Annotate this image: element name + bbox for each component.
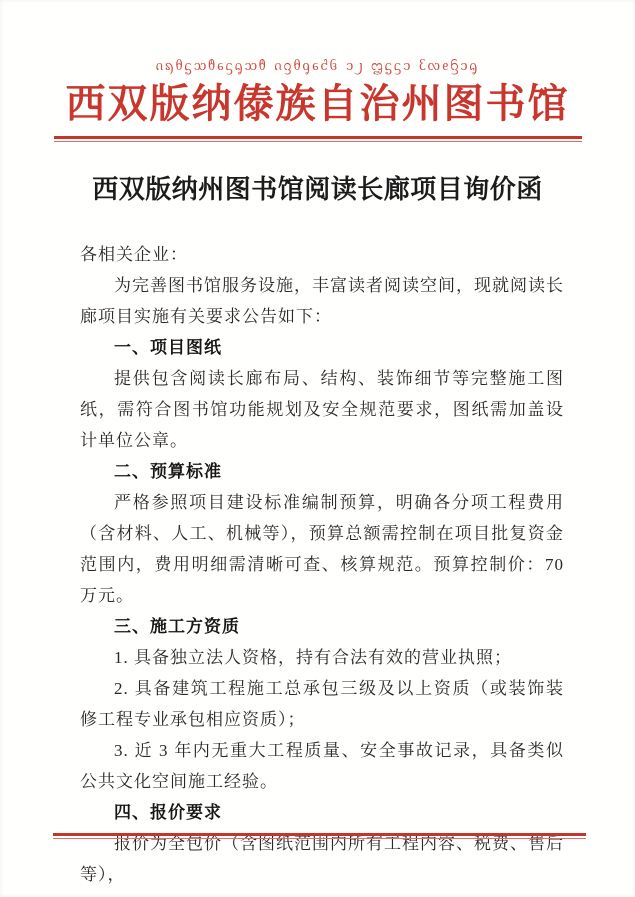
section-paragraph: 严格参照项目建设标准编制预算，明确各分项工程费用（含材料、人工、机械等），预算总… — [80, 487, 564, 611]
footer-rule — [53, 833, 586, 839]
section-quotation-requirements: 四、报价要求 报价为全包价（含图纸范围内所有工程内容、税费、售后等）， — [80, 797, 564, 890]
dai-script-line: ᦵᦣᦲᧃᦉᦹᧈᦓᧂᦉᦹ ᦵᦋᦲᧁᧈᦺᦑ ᦱ᧒ ᦗᧃᦓᦱ ᦷᦟᧉᦌᦱᧂ — [0, 52, 635, 78]
letterhead: ᦵᦣᦲᧃᦉᦹᧈᦓᧂᦉᦹ ᦵᦋᦲᧁᧈᦺᦑ ᦱ᧒ ᦗᧃᦓᦱ ᦷᦟᧉᦌᦱᧂ 西双版纳傣… — [0, 0, 635, 142]
library-name: 西双版纳傣族自治州图书馆 — [0, 80, 635, 128]
scanned-letter-page: ᦵᦣᦲᧃᦉᦹᧈᦓᧂᦉᦹ ᦵᦋᦲᧁᧈᦺᦑ ᦱ᧒ ᦗᧃᦓᦱ ᦷᦟᧉᦌᦱᧂ 西双版纳傣… — [0, 0, 635, 897]
section-contractor-qualifications: 三、施工方资质 1. 具备独立法人资格，持有合法有效的营业执照； 2. 具备建筑… — [80, 611, 564, 797]
intro-paragraph: 为完善图书馆服务设施，丰富读者阅读空间，现就阅读长廊项目实施有关要求公告如下： — [80, 270, 564, 332]
header-rule — [54, 136, 582, 142]
qualification-item-2: 2. 具备建筑工程施工总承包三级及以上资质（或装饰装修工程专业承包相应资质）； — [80, 673, 564, 735]
section-budget-standard: 二、预算标准 严格参照项目建设标准编制预算，明确各分项工程费用（含材料、人工、机… — [80, 456, 564, 611]
section-heading: 一、项目图纸 — [80, 332, 564, 363]
qualification-item-1: 1. 具备独立法人资格，持有合法有效的营业执照； — [80, 642, 564, 673]
section-heading: 二、预算标准 — [80, 456, 564, 487]
section-project-drawings: 一、项目图纸 提供包含阅读长廊布局、结构、装饰细节等完整施工图纸，需符合图书馆功… — [80, 332, 564, 456]
section-heading: 三、施工方资质 — [80, 611, 564, 642]
section-paragraph: 提供包含阅读长廊布局、结构、装饰细节等完整施工图纸，需符合图书馆功能规划及安全规… — [80, 363, 564, 456]
qualification-item-3: 3. 近 3 年内无重大工程质量、安全事故记录，具备类似公共文化空间施工经验。 — [80, 735, 564, 797]
salutation: 各相关企业： — [80, 239, 564, 270]
section-heading: 四、报价要求 — [80, 797, 564, 828]
document-title: 西双版纳州图书馆阅读长廊项目询价函 — [0, 173, 635, 207]
document-body: 各相关企业： 为完善图书馆服务设施，丰富读者阅读空间，现就阅读长廊项目实施有关要… — [80, 239, 564, 890]
